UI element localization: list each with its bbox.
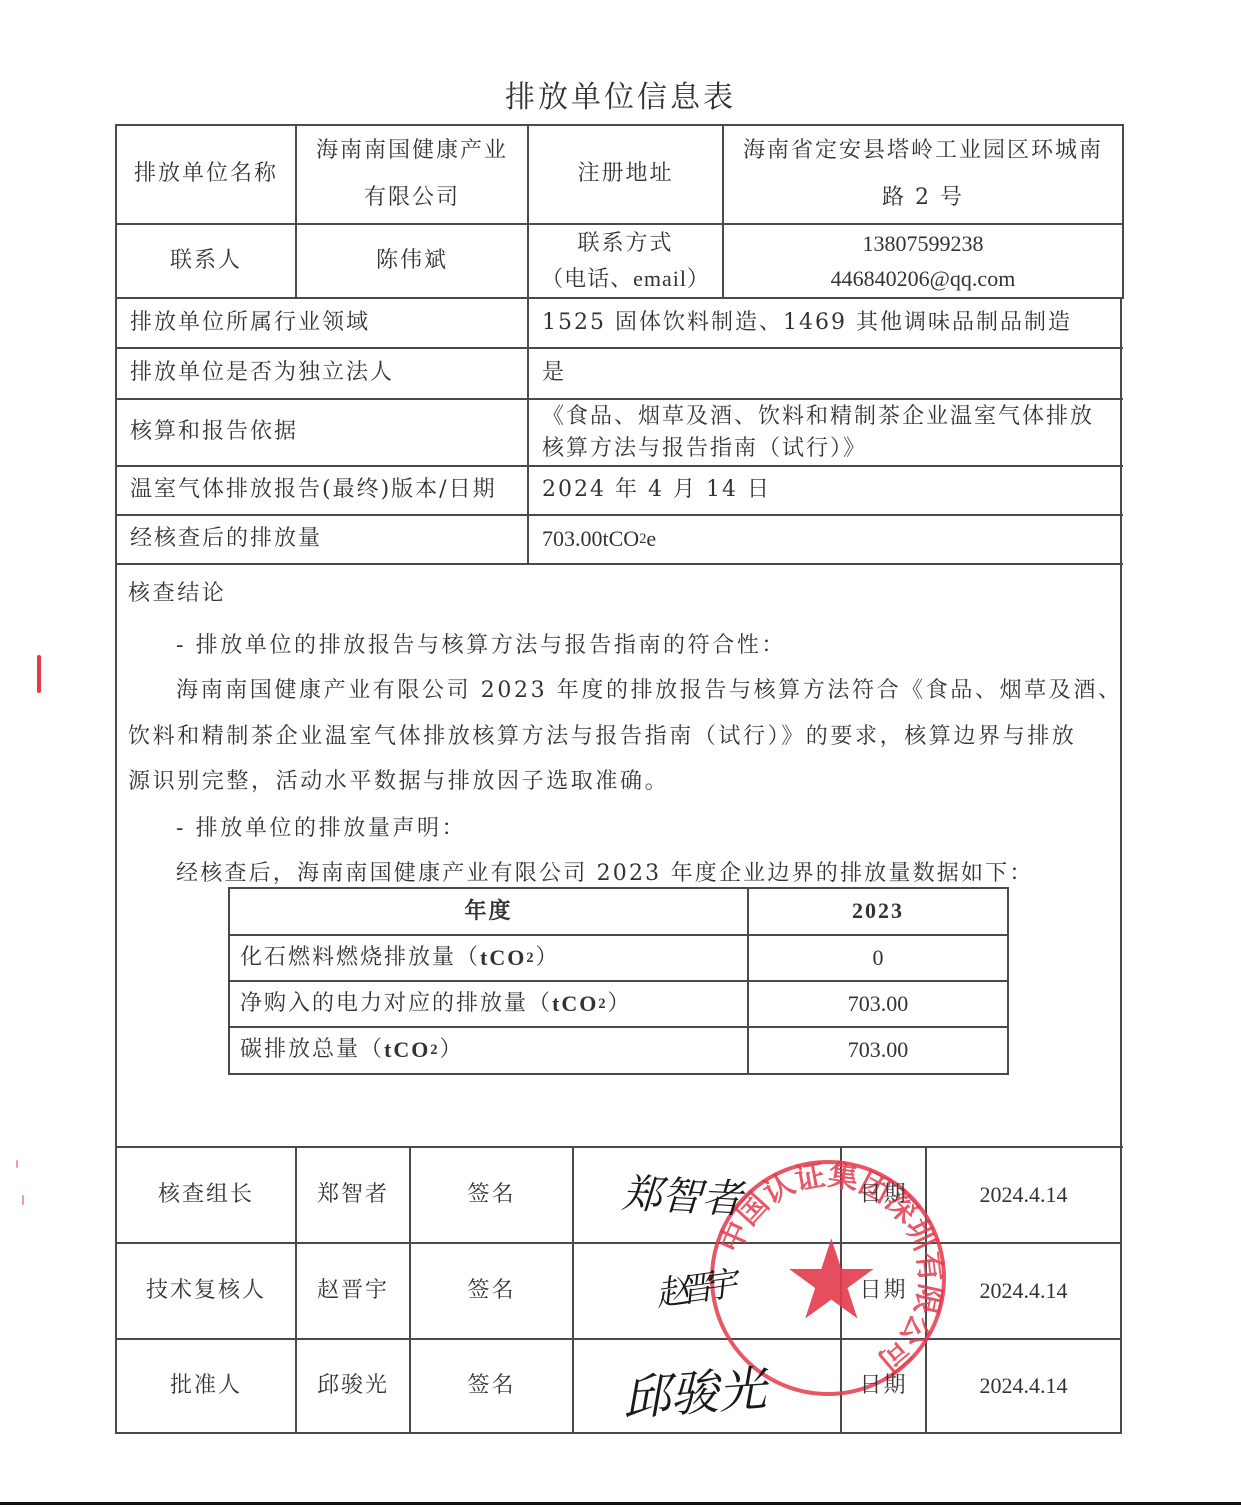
table-border xyxy=(1122,124,1124,299)
emissions-row-value: 0 xyxy=(749,936,1007,980)
unit-name-label: 排放单位名称 xyxy=(117,126,295,223)
row-text: 碳排放总量（ xyxy=(240,1033,384,1067)
basis-value: 《食品、烟草及酒、饮料和精制茶企业温室气体排放 核算方法与报告指南（试行）》 xyxy=(529,400,1120,465)
conclusion-heading: 核查结论 xyxy=(128,576,226,607)
emissions-row-value: 703.00 xyxy=(749,1028,1007,1073)
conclusion-paragraph-1: 海南南国健康产业有限公司 2023 年度的排放报告与核算方法符合《食品、烟草及酒… xyxy=(176,673,1123,704)
contact-label: 联系人 xyxy=(117,225,295,297)
unit-name-line1: 海南南国健康产业 xyxy=(316,134,508,168)
suffix: e xyxy=(646,522,656,556)
row-text: ） xyxy=(536,941,560,975)
date-label: 日期 xyxy=(842,1148,925,1242)
basis-label: 核算和报告依据 xyxy=(117,400,527,465)
conclusion-paragraph-2: 经核查后，海南南国健康产业有限公司 2023 年度企业边界的排放量数据如下： xyxy=(176,856,1034,887)
subscript: 2 xyxy=(639,528,646,550)
address-line1: 海南省定安县塔岭工业园区环城南 xyxy=(743,134,1103,168)
row-text: 净购入的电力对应的排放量（ xyxy=(240,987,552,1021)
table-border xyxy=(572,1146,574,1434)
table-border xyxy=(115,563,1123,565)
basis-line1: 《食品、烟草及酒、饮料和精制茶企业温室气体排放 xyxy=(542,401,1094,433)
handwritten-signature: 赵晋宇 xyxy=(652,1257,730,1316)
sign-role: 核查组长 xyxy=(117,1148,295,1242)
sign-name: 邱骏光 xyxy=(297,1340,409,1432)
emissions-row-label: 化石燃料燃烧排放量（tCO2） xyxy=(230,936,747,980)
sign-label: 签名 xyxy=(411,1340,572,1432)
contact-method-value: 13807599238 446840206@qq.com xyxy=(724,225,1122,297)
sign-label: 签名 xyxy=(411,1244,572,1338)
scan-mark xyxy=(37,655,41,693)
scan-mark xyxy=(16,1160,18,1168)
emissions-row-label: 净购入的电力对应的排放量（tCO2） xyxy=(230,982,747,1026)
table-border xyxy=(228,1073,1009,1075)
subscript: 2 xyxy=(430,1039,439,1061)
contact-name: 陈伟斌 xyxy=(297,225,527,297)
address-label: 注册地址 xyxy=(529,126,722,223)
page-bottom-edge xyxy=(0,1502,1241,1505)
emissions-row-value: 703.00 xyxy=(749,982,1007,1026)
sign-date: 2024.4.14 xyxy=(927,1148,1120,1242)
row-text: ） xyxy=(440,1033,464,1067)
emissions-header-year: 2023 xyxy=(749,889,1007,934)
unit: tCO xyxy=(480,941,526,975)
report-version-value: 2024 年 4 月 14 日 xyxy=(529,467,1120,514)
verified-emission-number: 703.00tCO xyxy=(542,522,639,556)
report-version-label: 温室气体排放报告(最终)版本/日期 xyxy=(117,467,527,514)
unit: tCO xyxy=(384,1033,430,1067)
subscript: 2 xyxy=(526,947,535,969)
sign-role: 批准人 xyxy=(117,1340,295,1432)
sign-name: 郑智者 xyxy=(297,1148,409,1242)
contact-method-label: 联系方式 （电话、email） xyxy=(529,225,722,297)
scan-mark xyxy=(22,1195,24,1205)
contact-method-line2: （电话、email） xyxy=(541,261,710,296)
emissions-header-label: 年度 xyxy=(230,889,747,934)
address-line2: 路 2 号 xyxy=(882,181,964,215)
sign-date: 2024.4.14 xyxy=(927,1244,1120,1338)
unit: tCO xyxy=(552,987,598,1021)
industry-label: 排放单位所属行业领域 xyxy=(117,299,527,347)
industry-value: 1525 固体饮料制造、1469 其他调味品制品制造 xyxy=(529,299,1120,347)
conclusion-bullet-2: - 排放单位的排放量声明： xyxy=(176,811,466,842)
conclusion-bullet-1: - 排放单位的排放报告与核算方法与报告指南的符合性： xyxy=(176,628,786,659)
verified-emission-value: 703.00tCO2e xyxy=(529,516,1120,563)
sign-label: 签名 xyxy=(411,1148,572,1242)
handwritten-signature: 郑智者 xyxy=(621,1162,744,1225)
conclusion-paragraph-1: 饮料和精制茶企业温室气体排放核算方法与报告指南（试行）》的要求，核算边界与排放 xyxy=(128,719,1076,750)
row-text: 化石燃料燃烧排放量（ xyxy=(240,941,480,975)
date-label: 日期 xyxy=(842,1340,925,1432)
phone-value: 13807599238 xyxy=(863,226,984,261)
table-border xyxy=(115,1432,1121,1434)
page-title: 排放单位信息表 xyxy=(0,72,1241,116)
independent-label: 排放单位是否为独立法人 xyxy=(117,349,527,398)
date-label: 日期 xyxy=(842,1244,925,1338)
contact-method-line1: 联系方式 xyxy=(577,226,673,261)
table-border xyxy=(1007,887,1009,1075)
basis-line2: 核算方法与报告指南（试行）》 xyxy=(542,433,867,465)
sign-name: 赵晋宇 xyxy=(297,1244,409,1338)
address-value: 海南省定安县塔岭工业园区环城南 路 2 号 xyxy=(724,126,1122,223)
email-value: 446840206@qq.com xyxy=(831,261,1016,296)
sign-role: 技术复核人 xyxy=(117,1244,295,1338)
subscript: 2 xyxy=(598,993,607,1015)
table-border xyxy=(1120,297,1122,1434)
unit-name-line2: 有限公司 xyxy=(364,181,460,215)
conclusion-paragraph-1: 源识别完整，活动水平数据与排放因子选取准确。 xyxy=(128,764,669,795)
row-text: ） xyxy=(608,987,632,1021)
independent-value: 是 xyxy=(529,349,1120,398)
emissions-row-label: 碳排放总量（tCO2） xyxy=(230,1028,747,1073)
verified-emission-label: 经核查后的排放量 xyxy=(117,516,527,563)
unit-name-value: 海南南国健康产业 有限公司 xyxy=(297,126,527,223)
handwritten-signature: 邱骏光 xyxy=(620,1350,768,1429)
sign-date: 2024.4.14 xyxy=(927,1340,1120,1432)
